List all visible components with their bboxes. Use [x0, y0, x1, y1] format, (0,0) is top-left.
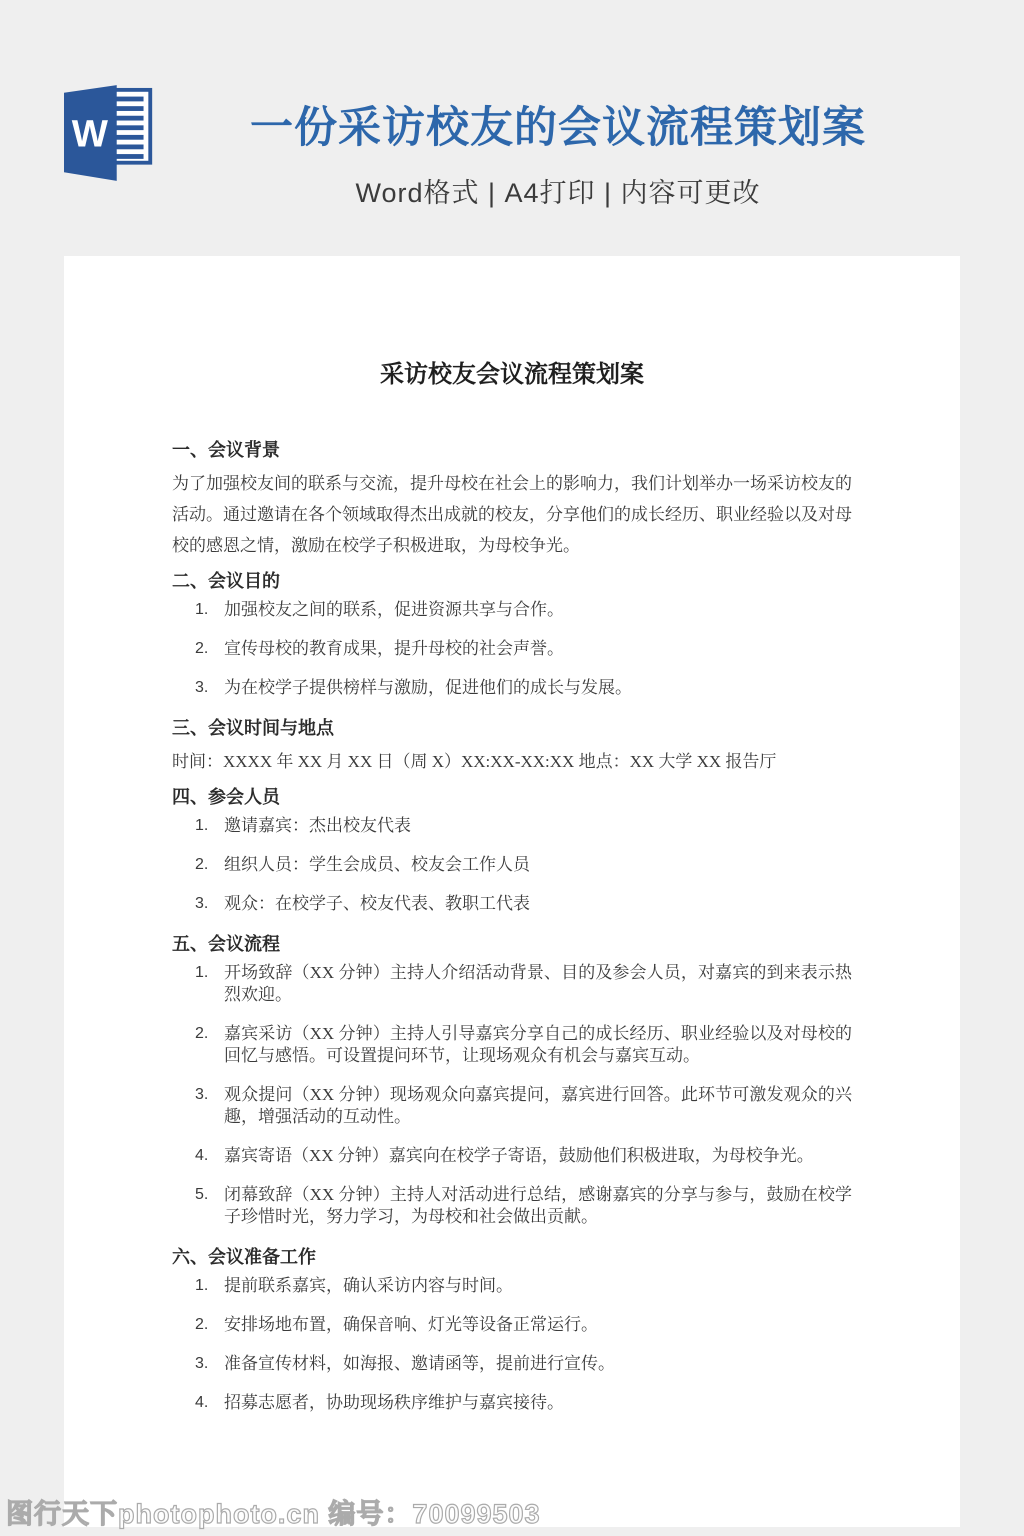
list-item: 邀请嘉宾：杰出校友代表 [172, 815, 852, 837]
template-preview-page: { "header": { "title": "一份采访校友的会议流程策划案",… [0, 0, 1024, 1536]
list-item: 安排场地布置，确保音响、灯光等设备正常运行。 [172, 1314, 852, 1336]
numbered-list: 开场致辞（XX 分钟）主持人介绍活动背景、目的及参会人员，对嘉宾的到来表示热烈欢… [172, 962, 852, 1228]
list-item: 开场致辞（XX 分钟）主持人介绍活动背景、目的及参会人员，对嘉宾的到来表示热烈欢… [172, 962, 852, 1006]
numbered-list: 加强校友之间的联系，促进资源共享与合作。 宣传母校的教育成果，提升母校的社会声誉… [172, 599, 852, 699]
numbered-list: 提前联系嘉宾，确认采访内容与时间。 安排场地布置，确保音响、灯光等设备正常运行。… [172, 1275, 852, 1414]
template-title: 一份采访校友的会议流程策划案 [250, 94, 866, 155]
section-paragraph: 为了加强校友间的联系与交流，提升母校在社会上的影响力，我们计划举办一场采访校友的… [172, 468, 852, 561]
svg-text:W: W [72, 112, 109, 155]
header-text: 一份采访校友的会议流程策划案 Word格式 | A4打印 | 内容可更改 [250, 94, 866, 210]
section-heading: 三、会议时间与地点 [172, 716, 852, 740]
list-item: 加强校友之间的联系，促进资源共享与合作。 [172, 599, 852, 621]
numbered-list: 邀请嘉宾：杰出校友代表 组织人员：学生会成员、校友会工作人员 观众：在校学子、校… [172, 815, 852, 915]
word-icon: W [64, 82, 156, 184]
list-item: 招募志愿者，协助现场秩序维护与嘉宾接待。 [172, 1392, 852, 1414]
list-item: 宣传母校的教育成果，提升母校的社会声誉。 [172, 638, 852, 660]
section-heading: 四、参会人员 [172, 785, 852, 809]
list-item: 观众提问（XX 分钟）现场观众向嘉宾提问，嘉宾进行回答。此环节可激发观众的兴趣，… [172, 1084, 852, 1128]
list-item: 准备宣传材料，如海报、邀请函等，提前进行宣传。 [172, 1353, 852, 1375]
header: W 一份采访校友的会议流程策划案 Word格式 | A4打印 | 内容可更改 [0, 0, 1024, 256]
section-heading: 二、会议目的 [172, 569, 852, 593]
template-subtitle: Word格式 | A4打印 | 内容可更改 [250, 171, 866, 210]
section-paragraph: 时间：XXXX 年 XX 月 XX 日（周 X）XX:XX-XX:XX 地点：X… [172, 746, 852, 777]
section-heading: 一、会议背景 [172, 438, 852, 462]
list-item: 组织人员：学生会成员、校友会工作人员 [172, 854, 852, 876]
list-item: 提前联系嘉宾，确认采访内容与时间。 [172, 1275, 852, 1297]
list-item: 嘉宾寄语（XX 分钟）嘉宾向在校学子寄语，鼓励他们积极进取，为母校争光。 [172, 1145, 852, 1167]
site-watermark: 图行天下photophoto.cn 编号：70099503 [6, 1492, 541, 1531]
list-item: 为在校学子提供榜样与激励，促进他们的成长与发展。 [172, 677, 852, 699]
section-heading: 五、会议流程 [172, 932, 852, 956]
document-title: 采访校友会议流程策划案 [172, 358, 852, 392]
list-item: 嘉宾采访（XX 分钟）主持人引导嘉宾分享自己的成长经历、职业经验以及对母校的回忆… [172, 1023, 852, 1067]
list-item: 观众：在校学子、校友代表、教职工代表 [172, 893, 852, 915]
document-page: 采访校友会议流程策划案 一、会议背景 为了加强校友间的联系与交流，提升母校在社会… [64, 256, 960, 1527]
section-heading: 六、会议准备工作 [172, 1245, 852, 1269]
list-item: 闭幕致辞（XX 分钟）主持人对活动进行总结，感谢嘉宾的分享与参与，鼓励在校学子珍… [172, 1184, 852, 1228]
